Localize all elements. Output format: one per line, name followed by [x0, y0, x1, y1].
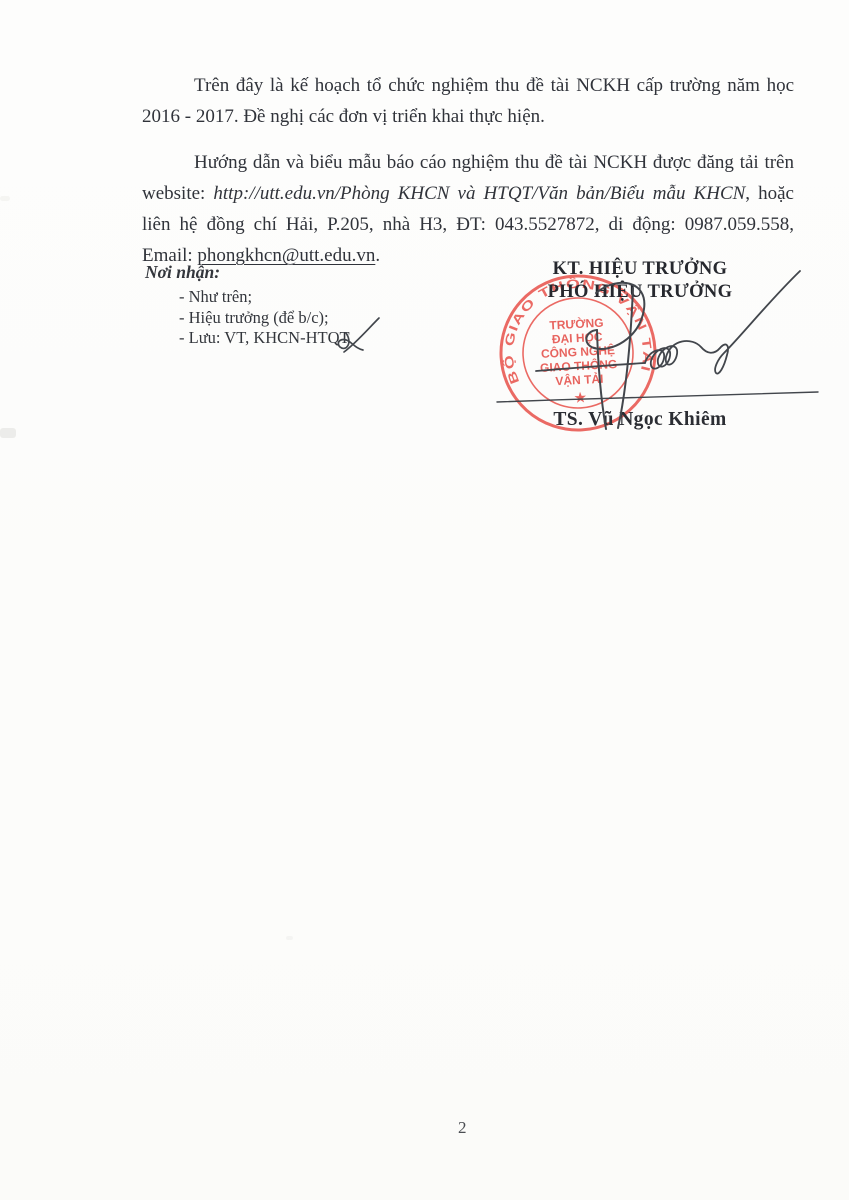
signature-loop	[586, 283, 644, 349]
signature-descender-1	[597, 330, 606, 429]
recipient-item: - Như trên;	[179, 287, 350, 308]
recipients-header: Nơi nhận:	[145, 262, 350, 283]
handwritten-signature	[330, 255, 830, 445]
scanned-page: Trên đây là kế hoạch tổ chức nghiệm thu …	[0, 0, 849, 1200]
signature-underline	[497, 392, 818, 402]
letter-body: Trên đây là kế hoạch tổ chức nghiệm thu …	[142, 70, 794, 286]
recipients-block: Nơi nhận: - Như trên; - Hiệu trưởng (để …	[145, 262, 350, 349]
recipient-item: - Hiệu trưởng (để b/c);	[179, 308, 350, 329]
signature-cross-dash	[536, 363, 645, 371]
scan-artifact	[0, 428, 16, 438]
signature-loops-and-flick	[645, 271, 800, 374]
paragraph-guidance: Hướng dẫn và biểu mẫu báo cáo nghiệm thu…	[142, 147, 794, 271]
scan-artifact	[286, 936, 293, 940]
signature-descender-2	[618, 288, 633, 428]
website-path-text: http://utt.edu.vn/Phòng KHCN và HTQT/Văn…	[213, 183, 745, 204]
page-number: 2	[458, 1118, 467, 1138]
initials-slash	[344, 318, 379, 352]
scan-artifact	[0, 196, 10, 201]
recipient-item: - Lưu: VT, KHCN-HTQT	[179, 328, 350, 349]
paragraph-plan: Trên đây là kế hoạch tổ chức nghiệm thu …	[142, 70, 794, 132]
